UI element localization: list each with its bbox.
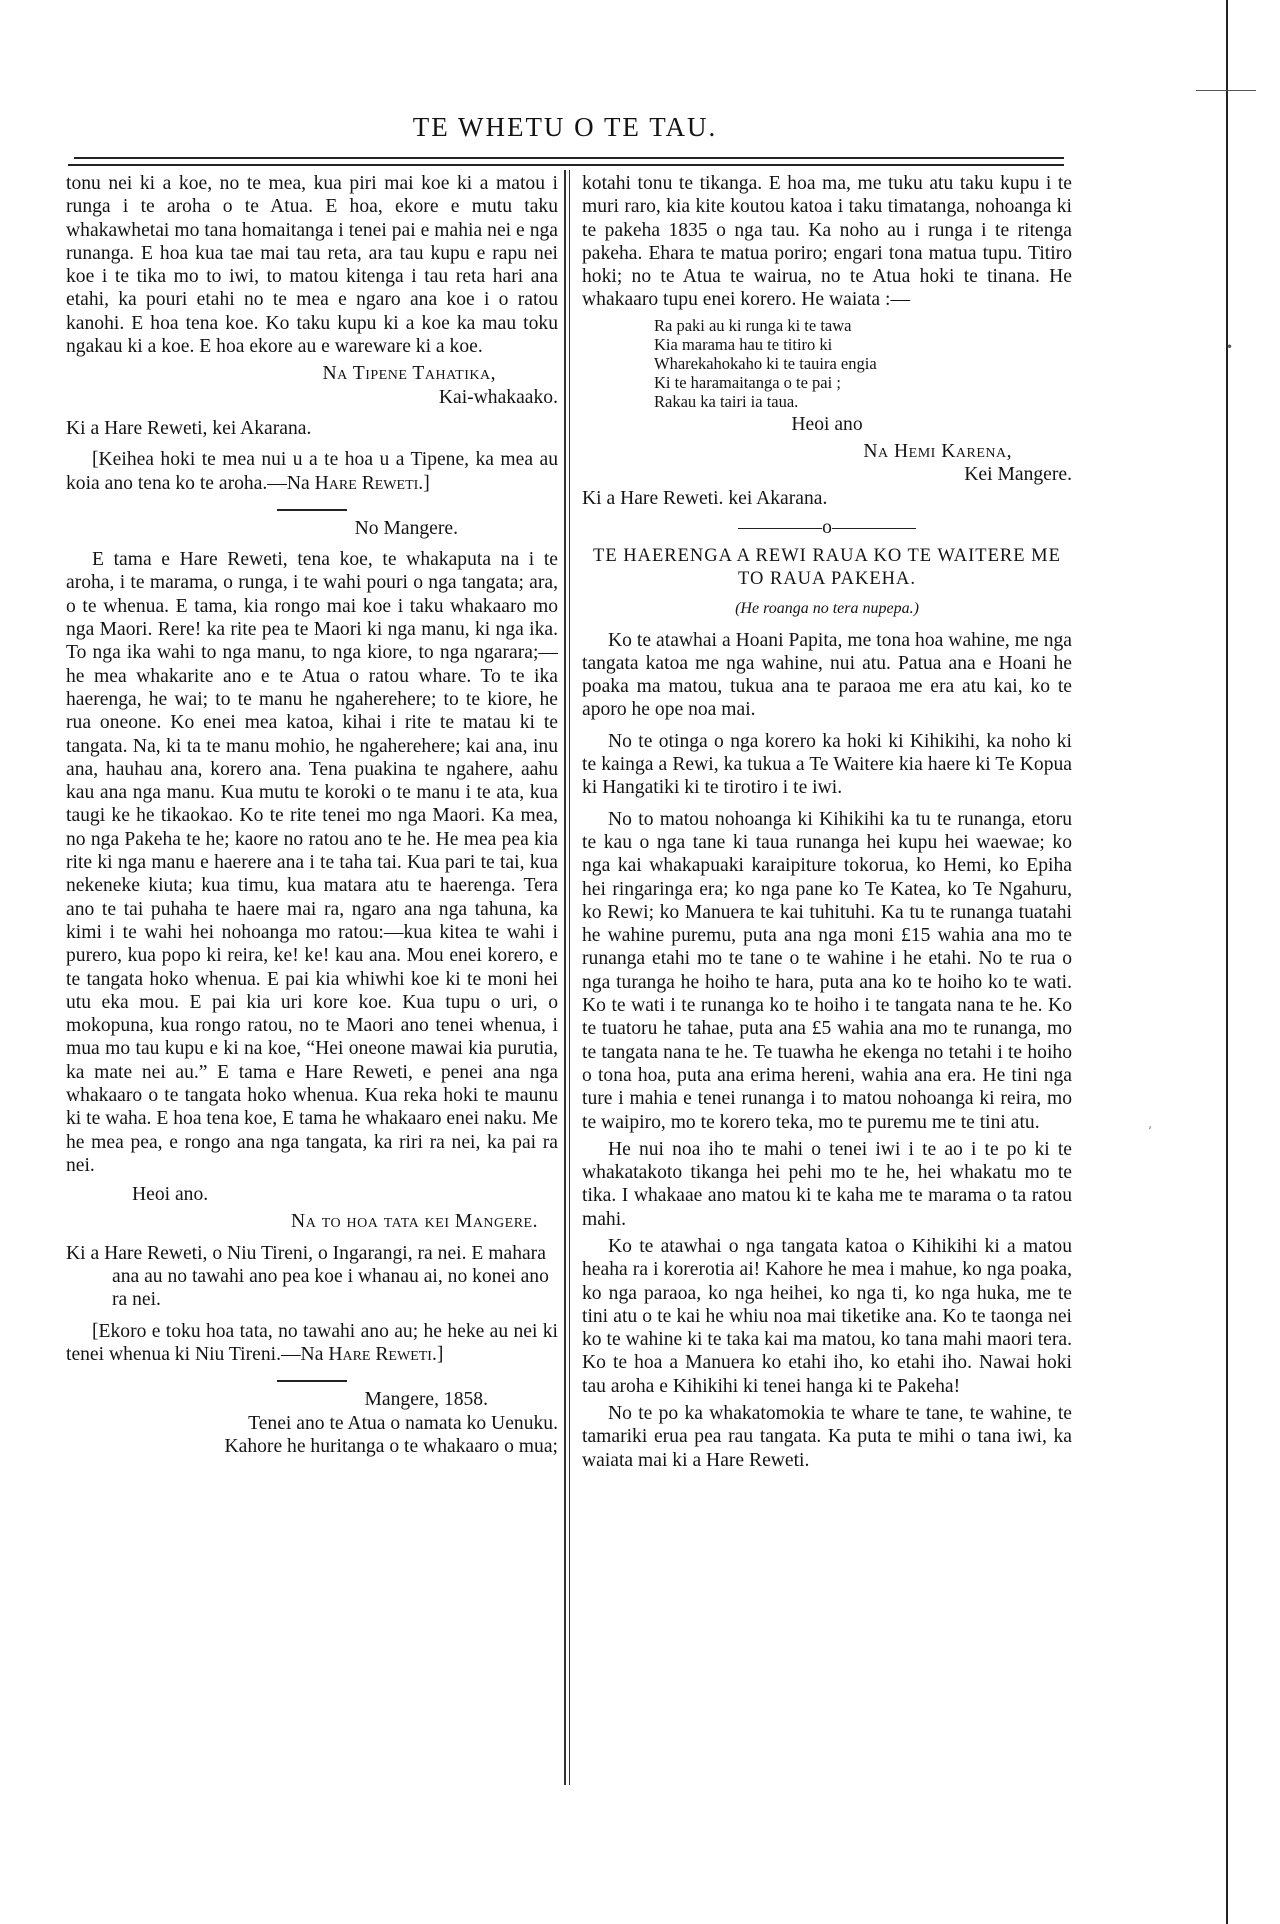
letter-addressee: Ki a Hare Reweti. kei Akarana. <box>582 487 1072 510</box>
poem-line: Ki te haramaitanga o te pai ; <box>654 373 1072 392</box>
right-column: kotahi tonu te tikanga. E hoa ma, me tuk… <box>582 172 1072 1472</box>
article-paragraph: No te po ka whakatomokia te whare te tan… <box>582 1402 1072 1472</box>
newspaper-masthead: TE WHETU O TE TAU. <box>340 112 790 143</box>
poem-line: Rakau ka tairi ia taua. <box>654 392 1072 411</box>
page-edge-mark: • <box>1226 340 1233 354</box>
letter-place: No Mangere. <box>66 517 458 540</box>
section-divider <box>277 509 347 511</box>
article-paragraph: Ko te atawhai a Hoani Papita, me tona ho… <box>582 629 1072 722</box>
waiata-poem: Ra paki au ki runga ki te tawa Kia maram… <box>654 316 1072 411</box>
article-title: TE HAERENGA A REWI RAUA KO TE WAITERE ME… <box>582 545 1072 591</box>
letter-line: Kahore he huritanga o te whakaaro o mua; <box>66 1435 558 1458</box>
letter-body: kotahi tonu te tikanga. E hoa ma, me tuk… <box>582 172 1072 312</box>
letter-line: Tenei ano te Atua o namata ko Uenuku. <box>66 1412 558 1435</box>
letter-body: tonu nei ki a koe, no te mea, kua piri m… <box>66 172 558 358</box>
poem-line: Ra paki au ki runga ki te tawa <box>654 316 1072 335</box>
letter-addressee: Ki a Hare Reweti, kei Akarana. <box>66 417 558 440</box>
poem-line: Wharekahokaho ki te tauira engia <box>654 354 1072 373</box>
divider-ornament: o <box>822 517 832 538</box>
editor-signature: Hare Reweti.] <box>315 473 430 494</box>
page-edge-tick <box>1196 90 1256 91</box>
editor-note-text: [Ekoro e toku hoa tata, no tawahi ano au… <box>66 1321 558 1365</box>
column-divider <box>569 170 570 1785</box>
editor-note: [Ekoro e toku hoa tata, no tawahi ano au… <box>66 1320 558 1367</box>
letter-signature: Na Hemi Karena, <box>582 440 1012 463</box>
letter-addressee: Ki a Hare Reweti, o Niu Tireni, o Ingara… <box>66 1242 558 1312</box>
article-subtitle: (He roanga no tera nupepa.) <box>582 597 1072 620</box>
masthead-rule <box>74 157 1064 159</box>
section-divider <box>277 1380 347 1382</box>
editor-signature: Hare Reweti.] <box>328 1344 443 1365</box>
signature-place: Kei Mangere. <box>582 463 1072 486</box>
section-divider: o <box>582 516 1072 539</box>
letter-body: E tama e Hare Reweti, tena koe, te whaka… <box>66 548 558 1177</box>
letter-signature: Na to hoa tata kei Mangere. <box>66 1210 538 1233</box>
article-paragraph: He nui noa iho te mahi o tenei iwi i te … <box>582 1138 1072 1231</box>
masthead-rule <box>68 164 1064 166</box>
letter-closing: Heoi ano <box>582 413 1072 436</box>
article-paragraph: Ko te atawhai o nga tangata katoa o Kihi… <box>582 1235 1072 1398</box>
page-edge-rule <box>1226 0 1228 1924</box>
page-edge-mark: ‘ <box>1148 1124 1152 1138</box>
letter-closing: Heoi ano. <box>132 1183 558 1206</box>
article-paragraph: No te otinga o nga korero ka hoki ki Kih… <box>582 730 1072 800</box>
column-divider <box>564 170 566 1785</box>
article-paragraph: No to matou nohoanga ki Kihikihi ka tu t… <box>582 808 1072 1134</box>
left-column: tonu nei ki a koe, no te mea, kua piri m… <box>66 172 558 1458</box>
letter-place-date: Mangere, 1858. <box>66 1388 488 1411</box>
poem-line: Kia marama hau te titiro ki <box>654 335 1072 354</box>
editor-note: [Keihea hoki te mea nui u a te hoa u a T… <box>66 448 558 495</box>
letter-signature: Na Tipene Tahatika, <box>66 362 496 385</box>
signature-title: Kai-whakaako. <box>66 386 558 409</box>
editor-note-text: [Keihea hoki te mea nui u a te hoa u a T… <box>66 449 558 493</box>
